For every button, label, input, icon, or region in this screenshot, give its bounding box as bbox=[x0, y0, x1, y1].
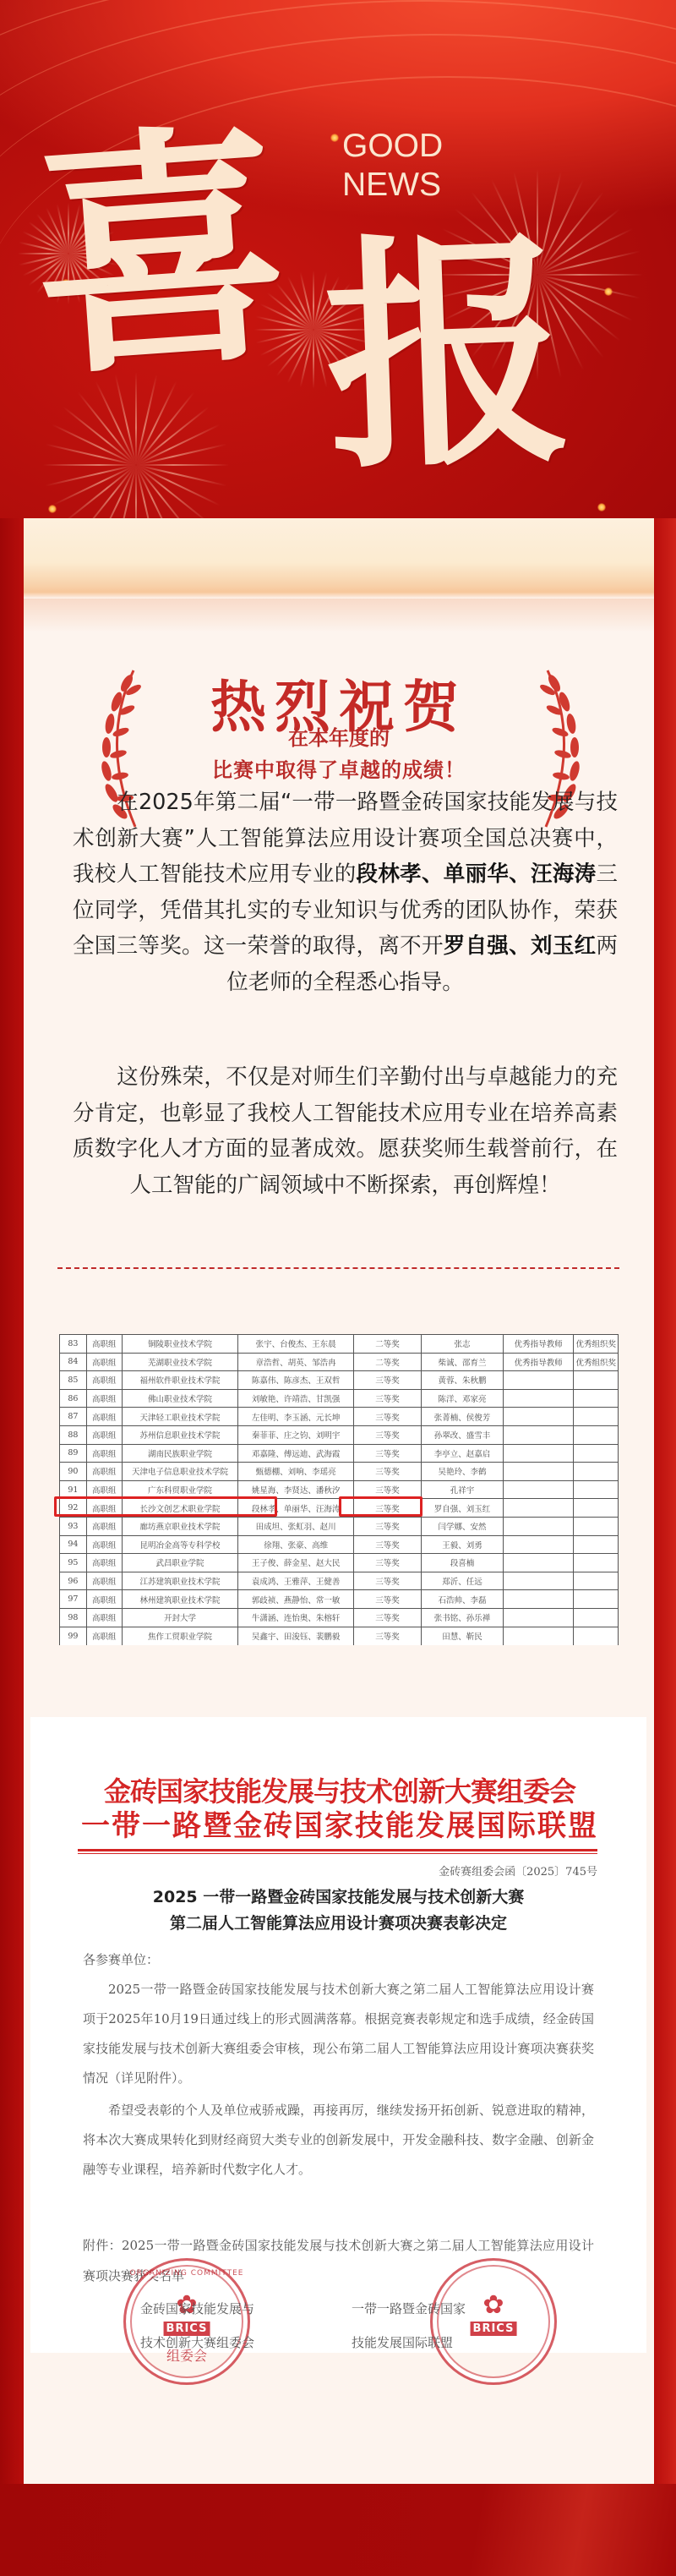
table-cell: 吴鑫宇、田浚钰、裴鹏毅 bbox=[238, 1627, 354, 1645]
star-icon: ✿ bbox=[482, 2293, 504, 2318]
table-cell: 97 bbox=[60, 1590, 87, 1609]
table-cell: 姚星海、李贤达、潘秋汐 bbox=[238, 1480, 354, 1499]
table-cell: 高职组 bbox=[86, 1425, 122, 1444]
doc-title-line-2: 第二届人工智能算法应用设计赛项决赛表彰决定 bbox=[30, 1916, 646, 1932]
doc-paragraph-2-text: 希望受表彰的个人及单位戒骄戒躁，再接再厉，继续发扬开拓创新、锐意进取的精神，将本… bbox=[83, 2103, 594, 2177]
table-row: 97高职组林州建筑职业技术学院郭歧祯、燕静怡、常一敏三等奖石浩帅、李磊 bbox=[60, 1590, 619, 1609]
scroll-card: 热烈祝贺 在本年度的 比赛中取得了卓越的成绩！ 在2025年第二届“一带一路暨金… bbox=[24, 518, 654, 2484]
table-row: 92高职组长沙文创艺术职业学院段林孝、单丽华、汪海涛三等奖罗自强、刘玉红 bbox=[60, 1499, 619, 1518]
table-cell bbox=[503, 1444, 574, 1463]
scroll-roller-shadow bbox=[24, 599, 654, 632]
table-cell: 孔祥宇 bbox=[422, 1480, 504, 1499]
teacher-names: 罗自强、刘玉红 bbox=[444, 933, 597, 959]
dashed-divider bbox=[57, 1267, 619, 1269]
table-cell: 湖南民族职业学院 bbox=[122, 1444, 238, 1463]
spark bbox=[48, 505, 57, 513]
hero-title-xi: 喜 bbox=[25, 118, 287, 388]
table-cell bbox=[574, 1389, 619, 1408]
table-cell: 高职组 bbox=[86, 1444, 122, 1463]
award-table: 83高职组铜陵职业技术学院张宇、台俊杰、王东晨二等奖张志优秀指导教师优秀组织奖8… bbox=[59, 1334, 619, 1645]
table-cell: 天津轻工职业技术学院 bbox=[122, 1408, 238, 1426]
table-cell: 芜湖职业技术学院 bbox=[122, 1353, 238, 1371]
side-band-right bbox=[654, 518, 676, 2484]
table-cell: 三等奖 bbox=[353, 1480, 421, 1499]
table-cell bbox=[503, 1572, 574, 1590]
scroll-roller bbox=[24, 518, 654, 599]
table-cell: 牛潇涵、连怡奥、朱榕轩 bbox=[238, 1608, 354, 1627]
award-table-image: 83高职组铜陵职业技术学院张宇、台俊杰、王东晨二等奖张志优秀指导教师优秀组织奖8… bbox=[59, 1334, 619, 1645]
table-cell bbox=[574, 1572, 619, 1590]
table-row: 94高职组昆明冶金高等专科学校徐翔、张豪、高维三等奖王毅、刘勇 bbox=[60, 1535, 619, 1554]
table-cell: 85 bbox=[60, 1371, 87, 1390]
table-cell: 94 bbox=[60, 1535, 87, 1554]
table-cell: 89 bbox=[60, 1444, 87, 1463]
table-cell: 86 bbox=[60, 1389, 87, 1408]
table-cell: 88 bbox=[60, 1425, 87, 1444]
table-cell bbox=[503, 1554, 574, 1572]
table-cell bbox=[574, 1590, 619, 1609]
table-cell: 柴诚、邵育兰 bbox=[422, 1353, 504, 1371]
table-cell: 三等奖 bbox=[353, 1517, 421, 1535]
table-cell bbox=[574, 1535, 619, 1554]
signature-right-line-2: 技能发展国际联盟 bbox=[352, 2326, 466, 2360]
table-row: 96高职组江苏建筑职业技术学院袁成鸿、王雅萍、王健善三等奖郑沂、任远 bbox=[60, 1572, 619, 1590]
table-cell bbox=[574, 1608, 619, 1627]
signature-right-line-1: 一带一路暨金砖国家 bbox=[352, 2292, 466, 2326]
table-cell bbox=[503, 1627, 574, 1645]
table-cell bbox=[574, 1554, 619, 1572]
table-cell: 高职组 bbox=[86, 1554, 122, 1572]
table-row: 87高职组天津轻工职业技术学院左佳明、李玉涵、元长坤三等奖张菁楠、侯俊芳 bbox=[60, 1408, 619, 1426]
table-cell: 铜陵职业技术学院 bbox=[122, 1335, 238, 1354]
para2-text: 这份殊荣，不仅是对师生们辛勤付出与卓越能力的充分肯定，也彰显了我校人工智能技术应… bbox=[73, 1064, 618, 1198]
table-cell bbox=[503, 1425, 574, 1444]
table-row: 99高职组焦作工贸职业学院吴鑫宇、田浚钰、裴鹏毅三等奖田慧、靳民 bbox=[60, 1627, 619, 1645]
spark bbox=[330, 134, 339, 142]
table-cell bbox=[503, 1408, 574, 1426]
table-row: 91高职组广东科贸职业学院姚星海、李贤达、潘秋汐三等奖孔祥宇 bbox=[60, 1480, 619, 1499]
table-cell: 高职组 bbox=[86, 1608, 122, 1627]
table-cell: 高职组 bbox=[86, 1627, 122, 1645]
table-cell: 高职组 bbox=[86, 1535, 122, 1554]
table-cell: 98 bbox=[60, 1608, 87, 1627]
news-text: NEWS bbox=[342, 166, 443, 205]
table-cell: 天津电子信息职业技术学院 bbox=[122, 1463, 238, 1481]
table-row: 84高职组芜湖职业技术学院章浩哲、胡英、邹浩冉二等奖柴诚、邵育兰优秀指导教师优秀… bbox=[60, 1353, 619, 1371]
table-cell: 91 bbox=[60, 1480, 87, 1499]
table-cell: 张菁楠、侯俊芳 bbox=[422, 1408, 504, 1426]
table-cell: 段喜楠 bbox=[422, 1554, 504, 1572]
table-cell: 廊坊燕京职业技术学院 bbox=[122, 1517, 238, 1535]
spark bbox=[604, 287, 613, 296]
table-cell: 广东科贸职业学院 bbox=[122, 1480, 238, 1499]
table-cell: 袁成鸿、王雅萍、王健善 bbox=[238, 1572, 354, 1590]
table-cell: 刘敏艳、许靖浩、甘凯强 bbox=[238, 1389, 354, 1408]
table-cell: 三等奖 bbox=[353, 1608, 421, 1627]
table-cell: 96 bbox=[60, 1572, 87, 1590]
table-cell: 福州软件职业技术学院 bbox=[122, 1371, 238, 1390]
table-cell: 优秀指导教师 bbox=[503, 1353, 574, 1371]
doc-title-line-1: 2025 一带一路暨金砖国家技能发展与技术创新大赛 bbox=[30, 1890, 646, 1906]
table-cell: 二等奖 bbox=[353, 1353, 421, 1371]
table-cell: 三等奖 bbox=[353, 1499, 421, 1518]
table-row: 98高职组开封大学牛潇涵、连怡奥、朱榕轩三等奖张书铭、孙乐禅 bbox=[60, 1608, 619, 1627]
table-cell: 95 bbox=[60, 1554, 87, 1572]
table-cell: 84 bbox=[60, 1353, 87, 1371]
table-cell: 高职组 bbox=[86, 1408, 122, 1426]
table-row: 83高职组铜陵职业技术学院张宇、台俊杰、王东晨二等奖张志优秀指导教师优秀组织奖 bbox=[60, 1335, 619, 1354]
table-cell bbox=[574, 1408, 619, 1426]
table-cell: 郑沂、任远 bbox=[422, 1572, 504, 1590]
table-cell: 武昌职业学院 bbox=[122, 1554, 238, 1572]
table-cell: 高职组 bbox=[86, 1480, 122, 1499]
table-cell bbox=[574, 1627, 619, 1645]
table-cell: 三等奖 bbox=[353, 1572, 421, 1590]
table-cell: 开封大学 bbox=[122, 1608, 238, 1627]
table-cell: 张志 bbox=[422, 1335, 504, 1354]
table-cell bbox=[503, 1389, 574, 1408]
hero-banner: 喜 报 GOOD NEWS bbox=[0, 0, 676, 524]
table-cell: 林州建筑职业技术学院 bbox=[122, 1590, 238, 1609]
table-cell: 苏州信息职业技术学院 bbox=[122, 1425, 238, 1444]
subtitle-line-2: 比赛中取得了卓越的成绩！ bbox=[24, 757, 654, 783]
table-cell: 83 bbox=[60, 1335, 87, 1354]
table-cell: 陈洋、邓家亮 bbox=[422, 1389, 504, 1408]
doc-paragraph-1-text: 2025一带一路暨金砖国家技能发展与技术创新大赛之第二届人工智能算法应用设计赛项… bbox=[83, 1982, 594, 2086]
table-cell bbox=[574, 1444, 619, 1463]
table-cell: 段林孝、单丽华、汪海涛 bbox=[238, 1499, 354, 1518]
table-cell: 昆明冶金高等专科学校 bbox=[122, 1535, 238, 1554]
table-cell: 三等奖 bbox=[353, 1371, 421, 1390]
article-paragraph-1: 在2025年第二届“一带一路暨金砖国家技能发展与技术创新大赛”人工智能算法应用设… bbox=[73, 785, 618, 1000]
table-cell bbox=[574, 1371, 619, 1390]
hero-title-bao: 报 bbox=[321, 228, 575, 482]
doc-org-line-2: 一带一路暨金砖国家技能发展国际联盟 bbox=[78, 1812, 602, 1840]
article-paragraph-2: 这份殊荣，不仅是对师生们辛勤付出与卓越能力的充分肯定，也彰显了我校人工智能技术应… bbox=[73, 1059, 618, 1203]
signature-left-line-1: 金砖国家技能发展与 bbox=[140, 2292, 254, 2326]
table-cell: 三等奖 bbox=[353, 1463, 421, 1481]
signature-left: 金砖国家技能发展与 技术创新大赛组委会 bbox=[140, 2292, 254, 2360]
good-news-label: GOOD NEWS bbox=[342, 127, 443, 205]
table-cell: 陈嘉伟、陈彦杰、王双哲 bbox=[238, 1371, 354, 1390]
table-cell: 二等奖 bbox=[353, 1335, 421, 1354]
table-cell bbox=[503, 1517, 574, 1535]
official-document: 金砖国家技能发展与技术创新大赛组委会 一带一路暨金砖国家技能发展国际联盟 金砖赛… bbox=[30, 1717, 646, 2353]
table-row: 85高职组福州软件职业技术学院陈嘉伟、陈彦杰、王双哲三等奖黄蓉、朱秋鹏 bbox=[60, 1371, 619, 1390]
table-cell: 三等奖 bbox=[353, 1535, 421, 1554]
table-cell: 93 bbox=[60, 1517, 87, 1535]
table-cell bbox=[503, 1535, 574, 1554]
doc-reference-number: 金砖赛组委会函〔2025〕745号 bbox=[439, 1862, 597, 1879]
table-cell: 99 bbox=[60, 1627, 87, 1645]
table-row: 95高职组武昌职业学院王子俊、薛金星、赵大民三等奖段喜楠 bbox=[60, 1554, 619, 1572]
table-cell: 高职组 bbox=[86, 1353, 122, 1371]
table-cell: 三等奖 bbox=[353, 1408, 421, 1426]
table-row: 89高职组湖南民族职业学院邓嘉隆、傅远迪、武海霞三等奖李亭立、赵嘉启 bbox=[60, 1444, 619, 1463]
table-cell bbox=[574, 1425, 619, 1444]
table-cell: 罗自强、刘玉红 bbox=[422, 1499, 504, 1518]
table-cell bbox=[574, 1480, 619, 1499]
table-cell: 92 bbox=[60, 1499, 87, 1518]
doc-red-rule bbox=[78, 1849, 597, 1851]
table-cell: 优秀组织奖 bbox=[574, 1335, 619, 1354]
seal-right-brand: BRICS bbox=[471, 2322, 517, 2336]
table-cell: 高职组 bbox=[86, 1517, 122, 1535]
table-row: 90高职组天津电子信息职业技术学院甄德棚、刘响、李瑶亮三等奖吴艳玲、李鹤 bbox=[60, 1463, 619, 1481]
table-cell: 王子俊、薛金星、赵大民 bbox=[238, 1554, 354, 1572]
table-cell: 邓嘉隆、傅远迪、武海霞 bbox=[238, 1444, 354, 1463]
table-cell: 焦作工贸职业学院 bbox=[122, 1627, 238, 1645]
table-cell bbox=[503, 1590, 574, 1609]
table-cell: 三等奖 bbox=[353, 1389, 421, 1408]
signature-left-line-2: 技术创新大赛组委会 bbox=[140, 2326, 254, 2360]
table-cell: 长沙文创艺术职业学院 bbox=[122, 1499, 238, 1518]
table-cell: 高职组 bbox=[86, 1371, 122, 1390]
table-cell bbox=[503, 1463, 574, 1481]
table-cell: 优秀组织奖 bbox=[574, 1353, 619, 1371]
table-cell: 三等奖 bbox=[353, 1627, 421, 1645]
table-cell: 高职组 bbox=[86, 1572, 122, 1590]
table-cell: 三等奖 bbox=[353, 1425, 421, 1444]
bottom-band bbox=[0, 2484, 676, 2576]
doc-greeting: 各参赛单位： bbox=[83, 1945, 594, 1975]
table-cell bbox=[503, 1499, 574, 1518]
table-cell: 郭歧祯、燕静怡、常一敏 bbox=[238, 1590, 354, 1609]
table-cell bbox=[503, 1480, 574, 1499]
table-cell: 张书铭、孙乐禅 bbox=[422, 1608, 504, 1627]
table-cell: 高职组 bbox=[86, 1389, 122, 1408]
table-cell: 田慧、靳民 bbox=[422, 1627, 504, 1645]
table-cell: 左佳明、李玉涵、元长坤 bbox=[238, 1408, 354, 1426]
seal-left-ring-text: ORGANIZING COMMITTEE bbox=[126, 2269, 248, 2278]
side-band-left bbox=[0, 518, 24, 2484]
table-cell: 王毅、刘勇 bbox=[422, 1535, 504, 1554]
table-cell: 吴艳玲、李鹤 bbox=[422, 1463, 504, 1481]
doc-paragraph-1: 2025一带一路暨金砖国家技能发展与技术创新大赛之第二届人工智能算法应用设计赛项… bbox=[83, 1975, 594, 2093]
table-cell: 高职组 bbox=[86, 1590, 122, 1609]
doc-red-rule-thin bbox=[78, 1853, 597, 1854]
subtitle-line-1: 在本年度的 bbox=[24, 725, 654, 751]
student-names: 段林孝、单丽华、汪海涛 bbox=[357, 861, 597, 887]
table-cell: 石浩帅、李磊 bbox=[422, 1590, 504, 1609]
table-cell: 江苏建筑职业技术学院 bbox=[122, 1572, 238, 1590]
table-cell: 高职组 bbox=[86, 1499, 122, 1518]
doc-org-line-1: 金砖国家技能发展与技术创新大赛组委会 bbox=[78, 1778, 602, 1805]
good-text: GOOD bbox=[342, 127, 443, 166]
table-cell: 徐翔、张豪、高维 bbox=[238, 1535, 354, 1554]
table-cell: 田成坦、张虹羽、赵川 bbox=[238, 1517, 354, 1535]
table-cell: 90 bbox=[60, 1463, 87, 1481]
table-cell: 高职组 bbox=[86, 1335, 122, 1354]
table-cell: 章浩哲、胡英、邹浩冉 bbox=[238, 1353, 354, 1371]
table-cell: 佛山职业技术学院 bbox=[122, 1389, 238, 1408]
table-cell bbox=[574, 1517, 619, 1535]
table-cell bbox=[503, 1608, 574, 1627]
table-row: 93高职组廊坊燕京职业技术学院田成坦、张虹羽、赵川三等奖闫学娜、安然 bbox=[60, 1517, 619, 1535]
table-cell bbox=[574, 1499, 619, 1518]
table-cell: 甄德棚、刘响、李瑶亮 bbox=[238, 1463, 354, 1481]
table-cell bbox=[503, 1371, 574, 1390]
table-cell: 三等奖 bbox=[353, 1590, 421, 1609]
spark bbox=[597, 503, 606, 511]
signature-right: 一带一路暨金砖国家 技能发展国际联盟 bbox=[352, 2292, 466, 2360]
table-cell: 三等奖 bbox=[353, 1444, 421, 1463]
table-cell: 闫学娜、安然 bbox=[422, 1517, 504, 1535]
table-cell: 张宇、台俊杰、王东晨 bbox=[238, 1335, 354, 1354]
table-cell: 黄蓉、朱秋鹏 bbox=[422, 1371, 504, 1390]
table-cell: 孙翠改、盛雪丰 bbox=[422, 1425, 504, 1444]
doc-paragraph-2: 希望受表彰的个人及单位戒骄戒躁，再接再厉，继续发扬开拓创新、锐意进取的精神，将本… bbox=[83, 2096, 594, 2185]
table-cell: 李亭立、赵嘉启 bbox=[422, 1444, 504, 1463]
table-row: 86高职组佛山职业技术学院刘敏艳、许靖浩、甘凯强三等奖陈洋、邓家亮 bbox=[60, 1389, 619, 1408]
table-cell: 87 bbox=[60, 1408, 87, 1426]
table-cell: 高职组 bbox=[86, 1463, 122, 1481]
table-cell bbox=[574, 1463, 619, 1481]
table-cell: 三等奖 bbox=[353, 1554, 421, 1572]
table-cell: 秦菲菲、庄之钧、刘明宇 bbox=[238, 1425, 354, 1444]
table-row: 88高职组苏州信息职业技术学院秦菲菲、庄之钧、刘明宇三等奖孙翠改、盛雪丰 bbox=[60, 1425, 619, 1444]
table-cell: 优秀指导教师 bbox=[503, 1335, 574, 1354]
